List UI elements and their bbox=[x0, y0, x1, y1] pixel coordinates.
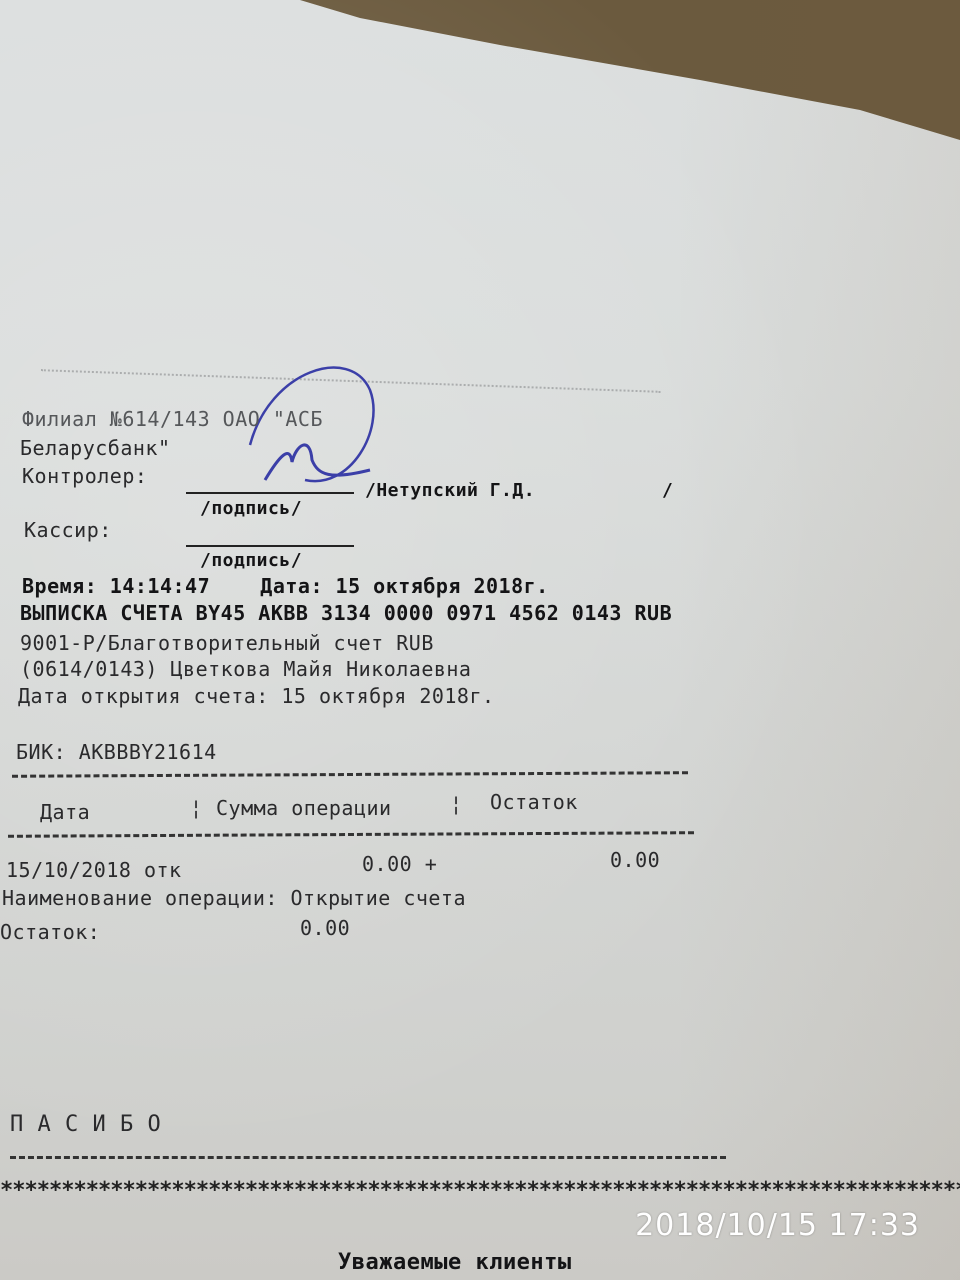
col-header-balance: Остаток bbox=[490, 790, 578, 814]
footer-heading: Уважаемые клиенты bbox=[338, 1250, 572, 1275]
footer-rule bbox=[10, 1156, 726, 1159]
branch-line-2: Беларусбанк" bbox=[20, 436, 171, 460]
col-header-amount: Сумма операции bbox=[216, 796, 392, 820]
account-type: 9001-Р/Благотворительный счет RUB bbox=[20, 631, 434, 655]
col-sep-2: ¦ bbox=[450, 792, 463, 816]
controller-name: /Нетупский Г.Д. bbox=[365, 480, 535, 501]
balance-value: 0.00 bbox=[300, 916, 350, 940]
row-amount: 0.00 + bbox=[362, 852, 437, 876]
cashier-signature-line bbox=[186, 545, 354, 547]
thanks-text: П А С И Б О bbox=[10, 1112, 161, 1137]
col-header-date: Дата bbox=[40, 800, 90, 824]
controller-label: Контролер: bbox=[22, 464, 147, 488]
account-open-date: Дата открытия счета: 15 октября 2018г. bbox=[18, 684, 495, 708]
signature-caption-1: /подпись/ bbox=[200, 498, 302, 519]
bic-code: БИК: AKBBBY21614 bbox=[16, 740, 217, 764]
photo-timestamp: 2018/10/15 17:33 bbox=[635, 1208, 920, 1243]
statement-title: ВЫПИСКА СЧЕТА BY45 AKBB 3134 0000 0971 4… bbox=[20, 601, 672, 625]
row-balance: 0.00 bbox=[610, 848, 660, 872]
controller-signature-line bbox=[186, 492, 354, 494]
row-date: 15/10/2018 отк bbox=[6, 858, 182, 882]
operation-name: Наименование операции: Открытие счета bbox=[2, 886, 466, 910]
col-sep-1: ¦ bbox=[190, 796, 203, 820]
balance-label: Остаток: bbox=[0, 920, 100, 944]
signature-caption-2: /подпись/ bbox=[200, 550, 302, 571]
branch-line-1: Филиал №614/143 ОАО "АСБ bbox=[22, 407, 323, 431]
account-holder: (0614/0143) Цветкова Майя Николаевна bbox=[20, 657, 471, 681]
asterisk-separator: ****************************************… bbox=[0, 1178, 960, 1203]
cashier-label: Кассир: bbox=[24, 518, 112, 542]
controller-slash: / bbox=[662, 480, 673, 501]
time-date-line: Время: 14:14:47 Дата: 15 октября 2018г. bbox=[22, 574, 549, 598]
